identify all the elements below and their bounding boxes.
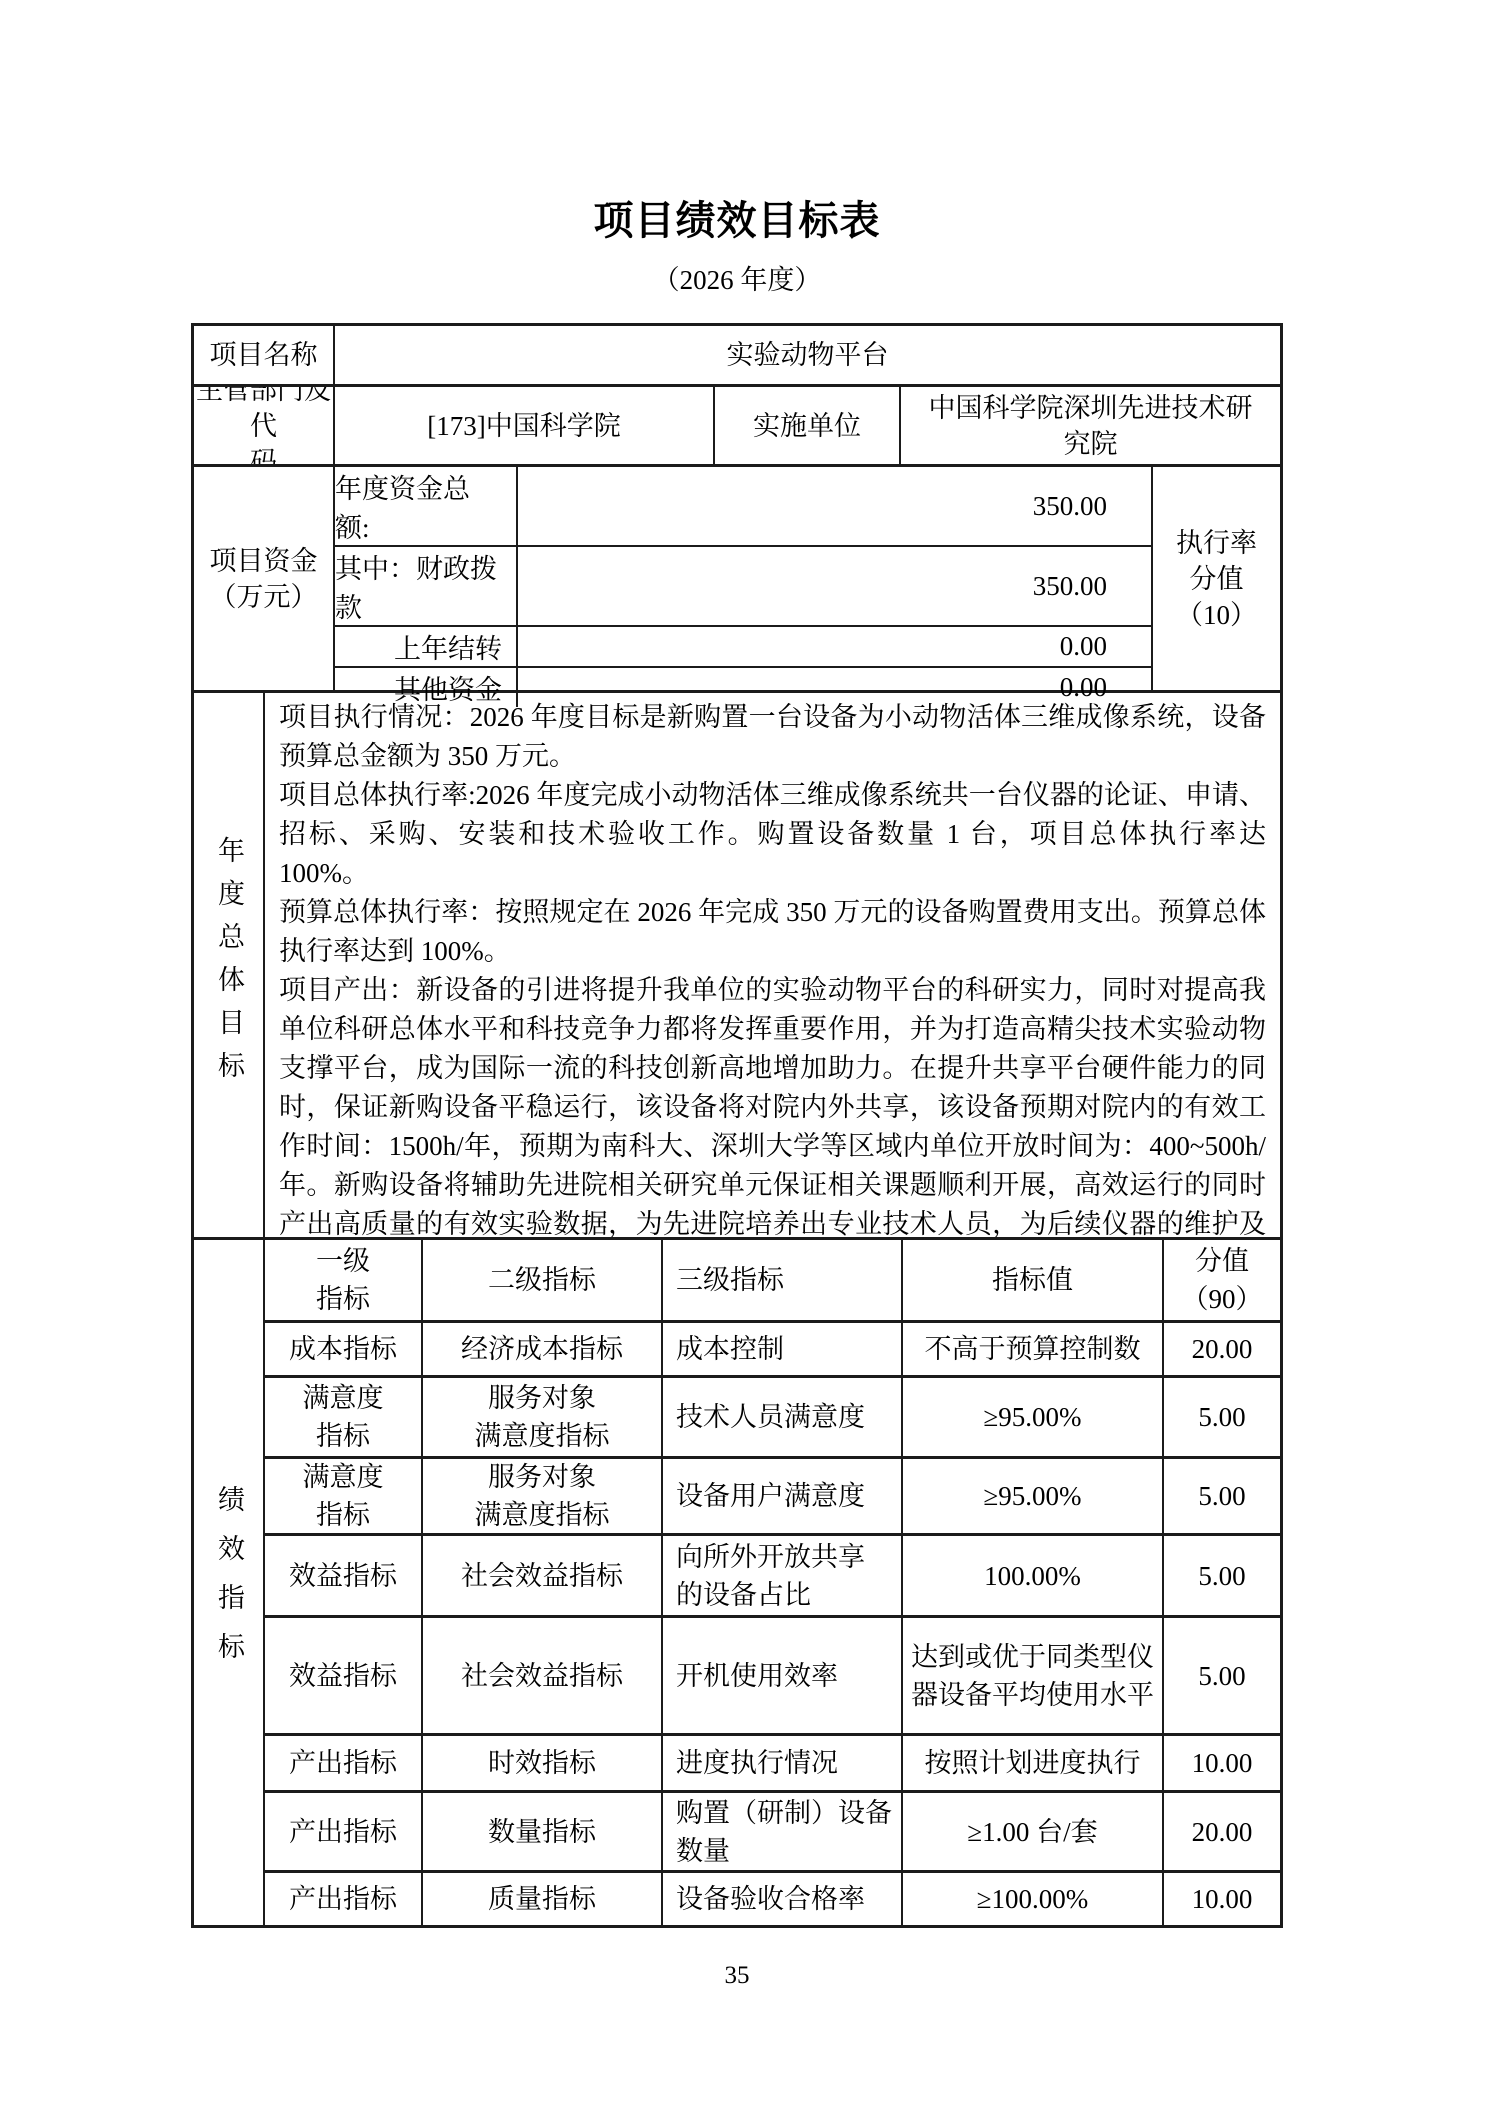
row-department: 主管部门及代 码 [173]中国科学院 实施单位 中国科学院深圳先进技术研 究院 (194, 384, 1280, 464)
cell-level2: 经济成本指标 (423, 1323, 663, 1375)
cell-level2: 数量指标 (423, 1793, 663, 1870)
funding-total-value: 350.00 (518, 467, 1151, 545)
cell-level3: 技术人员满意度 (663, 1378, 903, 1456)
cell-level3: 设备用户满意度 (663, 1459, 903, 1533)
cell-level1: 满意度 指标 (265, 1459, 423, 1533)
cell-value: ≥95.00% (903, 1459, 1164, 1533)
header-score: 分值 （90） (1164, 1240, 1280, 1320)
funding-row-fiscal: 其中：财政拨款 350.00 (335, 545, 1151, 625)
cell-level3: 购置（研制）设备 数量 (663, 1793, 903, 1870)
cell-level2: 社会效益指标 (423, 1618, 663, 1733)
indicators-label-text: 绩效指标 (194, 1485, 264, 1681)
project-name-label: 项目名称 (194, 326, 335, 384)
cell-value: ≥1.00 台/套 (903, 1793, 1164, 1870)
department-label: 主管部门及代 码 (194, 387, 335, 464)
indicators-header-row: 一级 指标 二级指标 三级指标 指标值 分值 （90） (265, 1240, 1280, 1320)
cell-score: 5.00 (1164, 1618, 1280, 1733)
cell-level3: 设备验收合格率 (663, 1873, 903, 1925)
cell-level1: 效益指标 (265, 1536, 423, 1615)
cell-score: 5.00 (1164, 1378, 1280, 1456)
funding-fiscal-value: 350.00 (518, 547, 1151, 625)
project-name-value: 实验动物平台 (335, 326, 1280, 384)
cell-score: 5.00 (1164, 1536, 1280, 1615)
row-project-name: 项目名称 实验动物平台 (194, 326, 1280, 384)
goal-paragraph-budget-rate: 预算总体执行率：按照规定在 2026 年完成 350 万元的设备购置费用支出。预… (279, 893, 1266, 971)
cell-score: 20.00 (1164, 1323, 1280, 1375)
funding-carryover-value: 0.00 (518, 627, 1151, 666)
cell-level1: 产出指标 (265, 1736, 423, 1790)
cell-value: 100.00% (903, 1536, 1164, 1615)
header-value: 指标值 (903, 1240, 1164, 1320)
performance-target-table: 项目名称 实验动物平台 主管部门及代 码 [173]中国科学院 实施单位 中国科… (191, 323, 1283, 1928)
indicators-section: 绩效指标 一级 指标 二级指标 三级指标 指标值 分值 （90） 成本指标 经济… (194, 1237, 1280, 1925)
cell-value: 按照计划进度执行 (903, 1736, 1164, 1790)
annual-goal-side-label: 年度总体目标 (194, 693, 265, 1237)
funding-row-total: 年度资金总额: 350.00 (335, 467, 1151, 545)
implementing-unit-label: 实施单位 (715, 387, 901, 464)
cell-level3: 进度执行情况 (663, 1736, 903, 1790)
goal-paragraph-overall-rate: 项目总体执行率:2026 年度完成小动物活体三维成像系统共一台仪器的论证、申请、… (279, 776, 1266, 893)
cell-level3: 向所外开放共享 的设备占比 (663, 1536, 903, 1615)
cell-level2: 服务对象 满意度指标 (423, 1459, 663, 1533)
cell-value: 不高于预算控制数 (903, 1323, 1164, 1375)
annual-goal-section: 年度总体目标 项目执行情况：2026 年度目标是新购置一台设备为小动物活体三维成… (194, 690, 1280, 1237)
cell-level3: 成本控制 (663, 1323, 903, 1375)
cell-score: 5.00 (1164, 1459, 1280, 1533)
indicator-row-satisfaction-tech: 满意度 指标 服务对象 满意度指标 技术人员满意度 ≥95.00% 5.00 (265, 1375, 1280, 1456)
goal-paragraph-execution: 项目执行情况：2026 年度目标是新购置一台设备为小动物活体三维成像系统，设备预… (279, 698, 1266, 776)
funding-fiscal-label: 其中：财政拨款 (335, 547, 518, 625)
goal-paragraph-output: 项目产出：新设备的引进将提升我单位的实验动物平台的科研实力，同时对提高我单位科研… (279, 971, 1266, 1237)
indicator-row-benefit-usage: 效益指标 社会效益指标 开机使用效率 达到或优于同类型仪器设备平均使用水平 5.… (265, 1615, 1280, 1733)
execution-rate-score-label: 执行率 分值 （10） (1153, 467, 1280, 690)
header-level1: 一级 指标 (265, 1240, 423, 1320)
cell-value: 达到或优于同类型仪器设备平均使用水平 (903, 1618, 1164, 1733)
implementing-unit-value: 中国科学院深圳先进技术研 究院 (901, 387, 1280, 464)
page-title: 项目绩效目标表 (191, 198, 1283, 244)
cell-level3: 开机使用效率 (663, 1618, 903, 1733)
indicator-row-satisfaction-user: 满意度 指标 服务对象 满意度指标 设备用户满意度 ≥95.00% 5.00 (265, 1456, 1280, 1533)
cell-level1: 效益指标 (265, 1618, 423, 1733)
cell-score: 10.00 (1164, 1873, 1280, 1925)
indicator-row-output-schedule: 产出指标 时效指标 进度执行情况 按照计划进度执行 10.00 (265, 1733, 1280, 1790)
document-page: 项目绩效目标表 （2026 年度） 项目名称 实验动物平台 主管部门及代 码 [… (191, 0, 1283, 1990)
funding-row-carryover: 上年结转 0.00 (335, 625, 1151, 666)
department-value: [173]中国科学院 (335, 387, 715, 464)
funding-carryover-label: 上年结转 (335, 627, 518, 666)
cell-level2: 服务对象 满意度指标 (423, 1378, 663, 1456)
annual-goal-label-text: 年度总体目标 (194, 836, 264, 1094)
cell-level1: 产出指标 (265, 1873, 423, 1925)
cell-level1: 产出指标 (265, 1793, 423, 1870)
funding-total-label: 年度资金总额: (335, 467, 518, 545)
indicator-row-benefit-share: 效益指标 社会效益指标 向所外开放共享 的设备占比 100.00% 5.00 (265, 1533, 1280, 1615)
funding-rows: 年度资金总额: 350.00 其中：财政拨款 350.00 上年结转 0.00 … (335, 467, 1153, 690)
annual-goal-text: 项目执行情况：2026 年度目标是新购置一台设备为小动物活体三维成像系统，设备预… (265, 693, 1280, 1237)
funding-section: 项目资金 （万元） 年度资金总额: 350.00 其中：财政拨款 350.00 … (194, 464, 1280, 690)
cell-level2: 质量指标 (423, 1873, 663, 1925)
cell-level2: 时效指标 (423, 1736, 663, 1790)
cell-level1: 成本指标 (265, 1323, 423, 1375)
cell-value: ≥100.00% (903, 1873, 1164, 1925)
page-subtitle: （2026 年度） (191, 264, 1283, 296)
cell-value: ≥95.00% (903, 1378, 1164, 1456)
indicators-table: 一级 指标 二级指标 三级指标 指标值 分值 （90） 成本指标 经济成本指标 … (265, 1240, 1280, 1925)
cell-level2: 社会效益指标 (423, 1536, 663, 1615)
indicator-row-output-quantity: 产出指标 数量指标 购置（研制）设备 数量 ≥1.00 台/套 20.00 (265, 1790, 1280, 1870)
cell-score: 20.00 (1164, 1793, 1280, 1870)
indicators-side-label: 绩效指标 (194, 1240, 265, 1925)
cell-level1: 满意度 指标 (265, 1378, 423, 1456)
page-number: 35 (191, 1962, 1283, 1990)
header-level3: 三级指标 (663, 1240, 903, 1320)
indicator-row-cost: 成本指标 经济成本指标 成本控制 不高于预算控制数 20.00 (265, 1320, 1280, 1375)
cell-score: 10.00 (1164, 1736, 1280, 1790)
funding-label: 项目资金 （万元） (194, 467, 335, 690)
indicator-row-output-quality: 产出指标 质量指标 设备验收合格率 ≥100.00% 10.00 (265, 1870, 1280, 1925)
header-level2: 二级指标 (423, 1240, 663, 1320)
